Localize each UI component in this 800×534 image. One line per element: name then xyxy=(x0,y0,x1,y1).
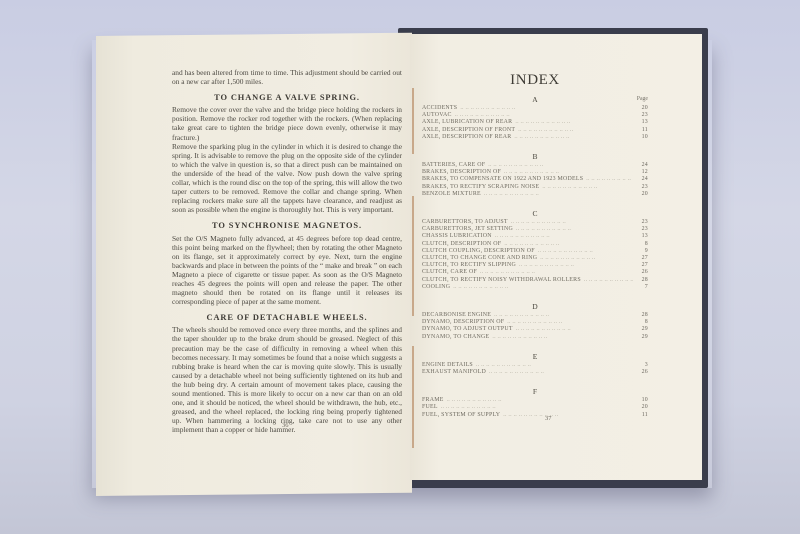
leader-dots: .. .. .. .. .. .. .. .. .. .. .. xyxy=(494,312,633,319)
left-page-text: and has been altered from time to time. … xyxy=(172,68,402,434)
index-title: INDEX xyxy=(422,72,648,89)
paragraph: Remove the cover over the valve and the … xyxy=(172,105,402,141)
leader-dots: .. .. .. .. .. .. .. .. .. .. .. xyxy=(504,241,633,248)
index-section-e: EENGINE DETAILS .. .. .. .. .. .. .. .. … xyxy=(422,352,648,376)
index-entry-name: CLUTCH, CARE OF xyxy=(422,269,477,276)
leader-dots: .. .. .. .. .. .. .. .. .. .. .. xyxy=(441,404,633,411)
index-entry-page: 20 xyxy=(636,105,648,112)
leader-dots: .. .. .. .. .. .. .. .. .. .. .. xyxy=(538,248,633,255)
index-entry-page: 13 xyxy=(636,233,648,240)
index-entry-page: 23 xyxy=(636,184,648,191)
index-letter: F xyxy=(422,387,648,396)
index-letter-label: F xyxy=(533,387,537,396)
index-entry-name: CLUTCH COUPLING, DESCRIPTION OF xyxy=(422,248,535,255)
index-section-d: DDECARBONISE ENGINE .. .. .. .. .. .. ..… xyxy=(422,302,648,341)
index-entry-page: 27 xyxy=(636,262,648,269)
page-column-label: Page xyxy=(637,96,648,102)
index-entry: CARBURETTORS, TO ADJUST .. .. .. .. .. .… xyxy=(422,219,648,226)
binding-stitch xyxy=(412,346,414,448)
paragraph: Remove the sparking plug in the cylinder… xyxy=(172,142,402,215)
index-entry: BRAKES, TO COMPENSATE ON 1922 AND 1923 M… xyxy=(422,176,648,183)
index-entry: EXHAUST MANIFOLD .. .. .. .. .. .. .. ..… xyxy=(422,369,648,376)
paragraph: The wheels should be removed once every … xyxy=(172,325,402,434)
leader-dots: .. .. .. .. .. .. .. .. .. .. .. xyxy=(514,134,633,141)
intro-paragraph: and has been altered from time to time. … xyxy=(172,68,402,86)
index-entry: DYNAMO, TO ADJUST OUTPUT .. .. .. .. .. … xyxy=(422,326,648,333)
leader-dots: .. .. .. .. .. .. .. .. .. .. .. xyxy=(507,319,633,326)
index-entry: ACCIDENTS .. .. .. .. .. .. .. .. .. .. … xyxy=(422,105,648,112)
index-entry-name: CARBURETTORS, JET SETTING xyxy=(422,226,513,233)
index-entry: CLUTCH, TO RECTIFY NOISY WITHDRAWAL ROLL… xyxy=(422,277,648,284)
index-entry-name: CLUTCH, DESCRIPTION OF xyxy=(422,241,501,248)
index-entry: AXLE, DESCRIPTION OF REAR .. .. .. .. ..… xyxy=(422,134,648,141)
index-entry-name: CLUTCH, TO RECTIFY SLIPPING xyxy=(422,262,516,269)
index-entry-name: DYNAMO, TO ADJUST OUTPUT xyxy=(422,326,513,333)
index-entry-name: FUEL xyxy=(422,404,438,411)
leader-dots: .. .. .. .. .. .. .. .. .. .. .. xyxy=(484,191,633,198)
index-entry: CARBURETTORS, JET SETTING .. .. .. .. ..… xyxy=(422,226,648,233)
index-entry: BATTERIES, CARE OF .. .. .. .. .. .. .. … xyxy=(422,162,648,169)
index-entry: CLUTCH, TO CHANGE CONE AND RING .. .. ..… xyxy=(422,255,648,262)
index-entry: FRAME .. .. .. .. .. .. .. .. .. .. ..10 xyxy=(422,397,648,404)
index-entry: DYNAMO, DESCRIPTION OF .. .. .. .. .. ..… xyxy=(422,319,648,326)
index-entry-page: 29 xyxy=(636,334,648,341)
index-letter-label: A xyxy=(532,95,537,104)
right-page-number: 37 xyxy=(545,415,552,422)
index-entry-page: 20 xyxy=(636,404,648,411)
index-entry-name: FUEL, SYSTEM OF SUPPLY xyxy=(422,412,500,419)
leader-dots: .. .. .. .. .. .. .. .. .. .. .. xyxy=(511,219,633,226)
section-heading-magnetos: TO SYNCHRONISE MAGNETOS. xyxy=(172,221,402,230)
index-entry-page: 11 xyxy=(636,412,648,419)
index-entry: AUTOVAC .. .. .. .. .. .. .. .. .. .. ..… xyxy=(422,112,648,119)
index-entry: CHASSIS LUBRICATION .. .. .. .. .. .. ..… xyxy=(422,233,648,240)
leader-dots: .. .. .. .. .. .. .. .. .. .. .. xyxy=(516,226,633,233)
leader-dots: .. .. .. .. .. .. .. .. .. .. .. xyxy=(492,334,633,341)
index-entry: FUEL, SYSTEM OF SUPPLY .. .. .. .. .. ..… xyxy=(422,412,648,419)
index-entry-page: 11 xyxy=(636,127,648,134)
leader-dots: .. .. .. .. .. .. .. .. .. .. .. xyxy=(519,262,633,269)
index-entry-name: AXLE, DESCRIPTION OF REAR xyxy=(422,134,511,141)
index-entry: CLUTCH COUPLING, DESCRIPTION OF .. .. ..… xyxy=(422,248,648,255)
index-entry: FUEL .. .. .. .. .. .. .. .. .. .. ..20 xyxy=(422,404,648,411)
leader-dots: .. .. .. .. .. .. .. .. .. .. .. xyxy=(453,284,633,291)
binding-stitch xyxy=(412,88,414,154)
binding-stitch xyxy=(412,196,414,316)
index-entry-name: BATTERIES, CARE OF xyxy=(422,162,485,169)
index-entry: BENZOLE MIXTURE .. .. .. .. .. .. .. .. … xyxy=(422,191,648,198)
index-entry-name: BRAKES, TO RECTIFY SCRAPING NOISE xyxy=(422,184,539,191)
index-entry-name: EXHAUST MANIFOLD xyxy=(422,369,486,376)
index-entry: CLUTCH, CARE OF .. .. .. .. .. .. .. .. … xyxy=(422,269,648,276)
index: INDEX APageACCIDENTS .. .. .. .. .. .. .… xyxy=(422,72,648,430)
index-entry-name: BENZOLE MIXTURE xyxy=(422,191,481,198)
index-entry-name: CLUTCH, TO RECTIFY NOISY WITHDRAWAL ROLL… xyxy=(422,277,581,284)
section-heading-valve-spring: TO CHANGE A VALVE SPRING. xyxy=(172,93,402,102)
paragraph: Set the O/S Magneto fully advanced, at 4… xyxy=(172,234,402,307)
index-entry-page: 23 xyxy=(636,112,648,119)
index-entry: AXLE, LUBRICATION OF REAR .. .. .. .. ..… xyxy=(422,119,648,126)
index-entry-name: DYNAMO, DESCRIPTION OF xyxy=(422,319,504,326)
leader-dots: .. .. .. .. .. .. .. .. .. .. .. xyxy=(515,119,633,126)
index-entry-page: 9 xyxy=(636,248,648,255)
index-entry-page: 26 xyxy=(636,369,648,376)
index-entry-page: 13 xyxy=(636,119,648,126)
index-entry: DECARBONISE ENGINE .. .. .. .. .. .. .. … xyxy=(422,312,648,319)
index-entry-name: AXLE, LUBRICATION OF REAR xyxy=(422,119,512,126)
leader-dots: .. .. .. .. .. .. .. .. .. .. .. xyxy=(503,412,633,419)
index-entry-page: 23 xyxy=(636,219,648,226)
index-entry-name: ENGINE DETAILS xyxy=(422,362,473,369)
index-entry-page: 8 xyxy=(636,241,648,248)
index-entry-name: COOLING xyxy=(422,284,450,291)
index-entry-name: BRAKES, DESCRIPTION OF xyxy=(422,169,501,176)
index-section-b: BBATTERIES, CARE OF .. .. .. .. .. .. ..… xyxy=(422,152,648,198)
index-entry-page: 20 xyxy=(636,191,648,198)
index-entry-page: 28 xyxy=(636,312,648,319)
leader-dots: .. .. .. .. .. .. .. .. .. .. .. xyxy=(516,326,633,333)
index-entry-page: 29 xyxy=(636,326,648,333)
leader-dots: .. .. .. .. .. .. .. .. .. .. .. xyxy=(488,162,633,169)
index-entry-page: 10 xyxy=(636,397,648,404)
index-entry-page: 23 xyxy=(636,226,648,233)
index-entry: AXLE, DESCRIPTION OF FRONT .. .. .. .. .… xyxy=(422,127,648,134)
index-entry: BRAKES, TO RECTIFY SCRAPING NOISE .. .. … xyxy=(422,184,648,191)
index-entry-name: AUTOVAC xyxy=(422,112,452,119)
index-letter: APage xyxy=(422,95,648,104)
index-entry-name: CHASSIS LUBRICATION xyxy=(422,233,492,240)
index-entry-name: AXLE, DESCRIPTION OF FRONT xyxy=(422,127,515,134)
index-letter: D xyxy=(422,302,648,311)
index-entry-page: 28 xyxy=(636,277,648,284)
index-entry-page: 24 xyxy=(636,162,648,169)
index-entry-name: CLUTCH, TO CHANGE CONE AND RING xyxy=(422,255,537,262)
index-letter-label: E xyxy=(533,352,538,361)
index-section-c: CCARBURETTORS, TO ADJUST .. .. .. .. .. … xyxy=(422,209,648,291)
index-entry-name: BRAKES, TO COMPENSATE ON 1922 AND 1923 M… xyxy=(422,176,583,183)
leader-dots: .. .. .. .. .. .. .. .. .. .. .. xyxy=(540,255,633,262)
index-entry-name: DYNAMO, TO CHANGE xyxy=(422,334,489,341)
index-entry-page: 10 xyxy=(636,134,648,141)
leader-dots: .. .. .. .. .. .. .. .. .. .. .. xyxy=(447,397,633,404)
index-letter: E xyxy=(422,352,648,361)
index-entry: CLUTCH, DESCRIPTION OF .. .. .. .. .. ..… xyxy=(422,241,648,248)
index-entry-page: 26 xyxy=(636,269,648,276)
leader-dots: .. .. .. .. .. .. .. .. .. .. .. xyxy=(480,269,633,276)
index-entry-page: 27 xyxy=(636,255,648,262)
leader-dots: .. .. .. .. .. .. .. .. .. .. .. xyxy=(586,176,633,183)
index-entry-page: 12 xyxy=(636,169,648,176)
index-letter-label: D xyxy=(532,302,537,311)
index-letter-label: B xyxy=(532,152,537,161)
leader-dots: .. .. .. .. .. .. .. .. .. .. .. xyxy=(504,169,633,176)
index-entry-page: 7 xyxy=(636,284,648,291)
leader-dots: .. .. .. .. .. .. .. .. .. .. .. xyxy=(460,105,633,112)
index-letter: B xyxy=(422,152,648,161)
index-letter-label: C xyxy=(532,209,537,218)
index-entry-page: 24 xyxy=(636,176,648,183)
index-entry: ENGINE DETAILS .. .. .. .. .. .. .. .. .… xyxy=(422,362,648,369)
leader-dots: .. .. .. .. .. .. .. .. .. .. .. xyxy=(489,369,633,376)
leader-dots: .. .. .. .. .. .. .. .. .. .. .. xyxy=(495,233,633,240)
index-sections: APageACCIDENTS .. .. .. .. .. .. .. .. .… xyxy=(422,95,648,419)
index-entry-name: FRAME xyxy=(422,397,444,404)
leader-dots: .. .. .. .. .. .. .. .. .. .. .. xyxy=(476,362,633,369)
index-entry-name: DECARBONISE ENGINE xyxy=(422,312,491,319)
index-entry-page: 3 xyxy=(636,362,648,369)
index-entry-name: ACCIDENTS xyxy=(422,105,457,112)
section-heading-wheels: CARE OF DETACHABLE WHEELS. xyxy=(172,313,402,322)
index-entry: CLUTCH, TO RECTIFY SLIPPING .. .. .. .. … xyxy=(422,262,648,269)
index-section-a: APageACCIDENTS .. .. .. .. .. .. .. .. .… xyxy=(422,95,648,141)
index-entry: BRAKES, DESCRIPTION OF .. .. .. .. .. ..… xyxy=(422,169,648,176)
left-page-number: 36 xyxy=(282,422,289,429)
index-entry-name: CARBURETTORS, TO ADJUST xyxy=(422,219,508,226)
leader-dots: .. .. .. .. .. .. .. .. .. .. .. xyxy=(455,112,633,119)
leader-dots: .. .. .. .. .. .. .. .. .. .. .. xyxy=(542,184,633,191)
leader-dots: .. .. .. .. .. .. .. .. .. .. .. xyxy=(518,127,633,134)
index-entry: COOLING .. .. .. .. .. .. .. .. .. .. ..… xyxy=(422,284,648,291)
index-entry: DYNAMO, TO CHANGE .. .. .. .. .. .. .. .… xyxy=(422,334,648,341)
leader-dots: .. .. .. .. .. .. .. .. .. .. .. xyxy=(584,277,633,284)
index-section-f: FFRAME .. .. .. .. .. .. .. .. .. .. ..1… xyxy=(422,387,648,419)
index-letter: C xyxy=(422,209,648,218)
index-entry-page: 8 xyxy=(636,319,648,326)
